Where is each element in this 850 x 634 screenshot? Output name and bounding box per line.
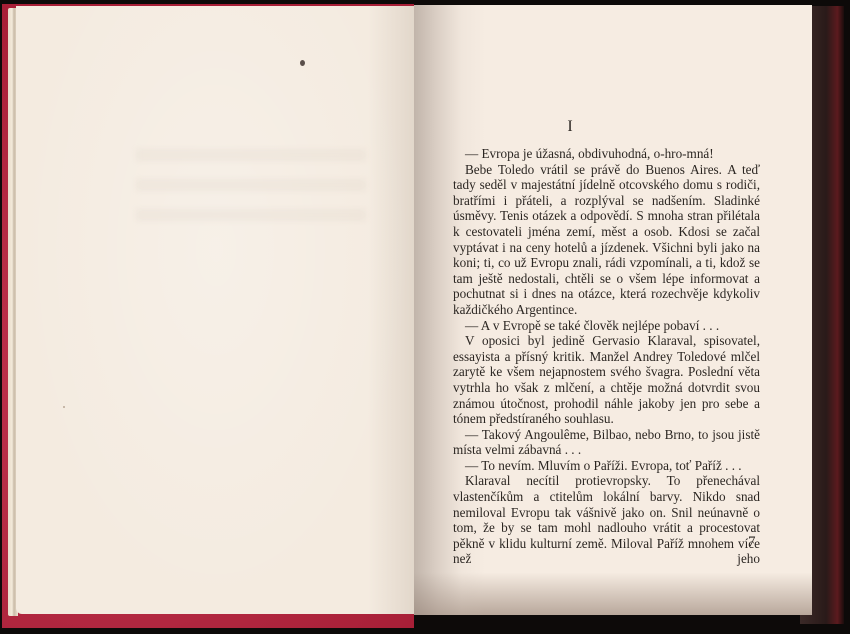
bleed-through-text xyxy=(136,131,366,226)
paragraph: — Takový Angoulême, Bilbao, nebo Brno, t… xyxy=(453,427,760,458)
paragraph: — A v Evropě se také člověk nejlépe poba… xyxy=(453,318,760,334)
ink-spot xyxy=(300,60,305,66)
paragraph: — To nevím. Mluvím o Paříži. Evropa, toť… xyxy=(453,458,760,474)
paragraph: — Evropa je úžasná, obdivuhodná, o-hro-m… xyxy=(453,146,760,162)
chapter-heading: I xyxy=(560,118,580,136)
paper-speck xyxy=(63,406,65,408)
paragraph: V oposici byl jedině Gervasio Klaraval, … xyxy=(453,333,760,427)
body-text: — Evropa je úžasná, obdivuhodná, o-hro-m… xyxy=(453,146,760,567)
paragraph: Klaraval necítil protievropsky. To přene… xyxy=(453,473,760,567)
paragraph: Bebe Toledo vrátil se právě do Buenos Ai… xyxy=(453,162,760,318)
left-page xyxy=(16,6,416,614)
page-number: 7 xyxy=(748,534,756,551)
